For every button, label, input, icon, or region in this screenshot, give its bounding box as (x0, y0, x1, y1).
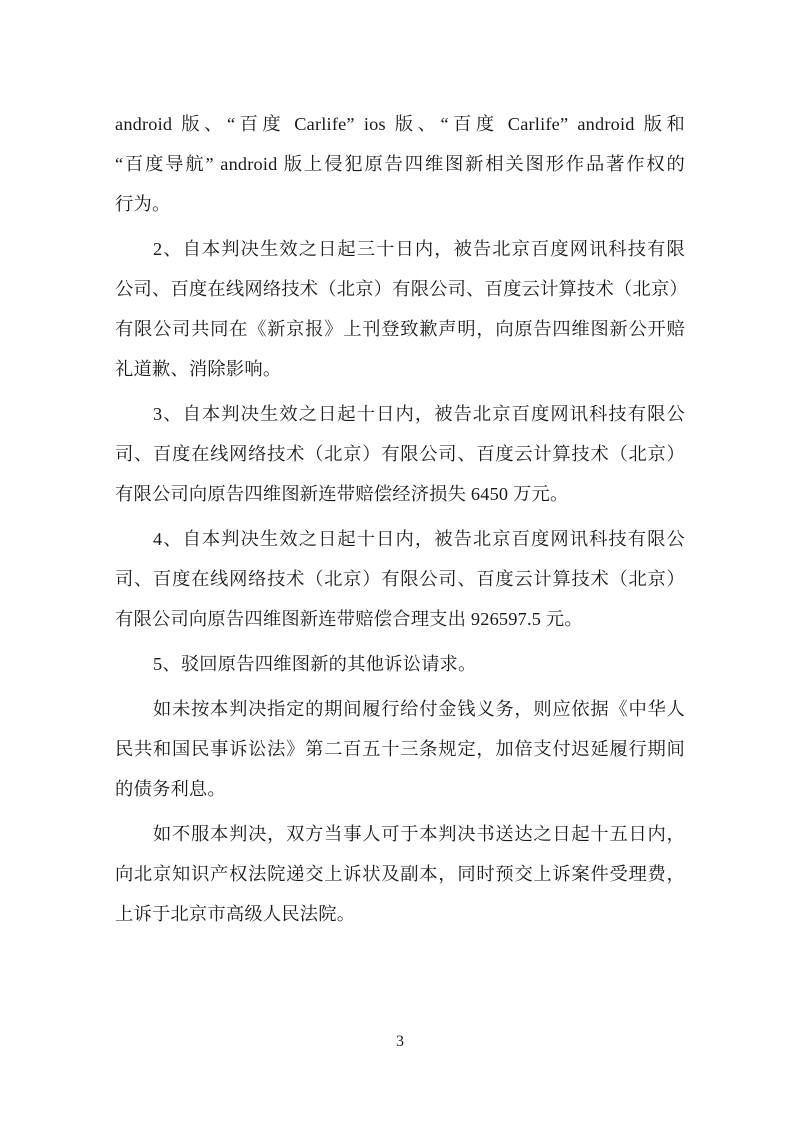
text-line: “百度导航” android 版上侵犯原告四维图新相关图形作品著作权的 (115, 144, 685, 184)
paragraph-late-payment-interest: 如未按本判决指定的期间履行给付金钱义务，则应依据《中华人 民共和国民事诉讼法》第… (115, 689, 685, 809)
document-text-block: android 版、“百度 Carlife” ios 版、“百度 Carlife… (115, 104, 685, 939)
paragraph-item-5: 5、驳回原告四维图新的其他诉讼请求。 (115, 644, 685, 684)
text-line: 公司、百度在线网络技术（北京）有限公司、百度云计算技术（北京） (115, 269, 685, 309)
text-line: 向北京知识产权法院递交上诉状及副本，同时预交上诉案件受理费， (115, 854, 685, 894)
text-line: 如未按本判决指定的期间履行给付金钱义务，则应依据《中华人 (115, 689, 685, 729)
text-line: 2、自本判决生效之日起三十日内，被告北京百度网讯科技有限 (115, 229, 685, 269)
text-line: 有限公司共同在《新京报》上刊登致歉声明，向原告四维图新公开赔 (115, 309, 685, 349)
text-line: 有限公司向原告四维图新连带赔偿合理支出 926597.5 元。 (115, 599, 685, 639)
paragraph-item-2: 2、自本判决生效之日起三十日内，被告北京百度网讯科技有限 公司、百度在线网络技术… (115, 229, 685, 389)
paragraph-item-4: 4、自本判决生效之日起十日内，被告北京百度网讯科技有限公 司、百度在线网络技术（… (115, 519, 685, 639)
paragraph-item-3: 3、自本判决生效之日起十日内，被告北京百度网讯科技有限公 司、百度在线网络技术（… (115, 394, 685, 514)
text-line: 的债务利息。 (115, 769, 685, 809)
text-line: 礼道歉、消除影响。 (115, 349, 685, 389)
text-line: 司、百度在线网络技术（北京）有限公司、百度云计算技术（北京） (115, 559, 685, 599)
text-line: 3、自本判决生效之日起十日内，被告北京百度网讯科技有限公 (115, 394, 685, 434)
page-number: 3 (0, 1031, 800, 1053)
text-line: 如不服本判决，双方当事人可于本判决书送达之日起十五日内， (115, 814, 685, 854)
text-line: 有限公司向原告四维图新连带赔偿经济损失 6450 万元。 (115, 474, 685, 514)
text-line: 司、百度在线网络技术（北京）有限公司、百度云计算技术（北京） (115, 434, 685, 474)
judgment-document-page: { "page": { "background": "#ffffff", "te… (0, 0, 800, 1131)
text-line: 5、驳回原告四维图新的其他诉讼请求。 (115, 644, 685, 684)
text-line: android 版、“百度 Carlife” ios 版、“百度 Carlife… (115, 104, 685, 144)
text-line: 上诉于北京市高级人民法院。 (115, 894, 685, 934)
text-line: 行为。 (115, 184, 685, 224)
paragraph-continuation: android 版、“百度 Carlife” ios 版、“百度 Carlife… (115, 104, 685, 224)
text-line: 民共和国民事诉讼法》第二百五十三条规定，加倍支付迟延履行期间 (115, 729, 685, 769)
text-line: 4、自本判决生效之日起十日内，被告北京百度网讯科技有限公 (115, 519, 685, 559)
paragraph-appeal-notice: 如不服本判决，双方当事人可于本判决书送达之日起十五日内， 向北京知识产权法院递交… (115, 814, 685, 934)
